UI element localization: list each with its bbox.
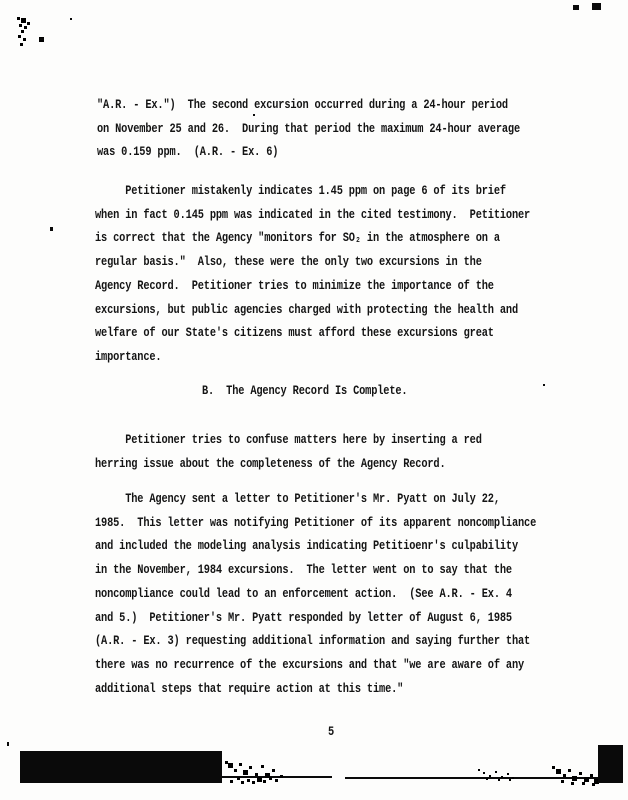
- paragraph-2: Petitioner mistakenly indicates 1.45 ppm…: [95, 179, 530, 369]
- scan-noise-cluster: [552, 766, 555, 769]
- scan-speckle: [253, 114, 255, 116]
- paragraph-4: The Agency sent a letter to Petitioner's…: [95, 487, 536, 700]
- body-line: herring issue about the completeness of …: [95, 452, 482, 476]
- body-line: Petitioner mistakenly indicates 1.45 ppm…: [95, 179, 530, 203]
- page-number: 5: [328, 720, 334, 744]
- scan-speckle: [70, 18, 72, 20]
- bottom-noise-line: [222, 776, 332, 778]
- body-line: "A.R. - Ex.") The second excursion occur…: [97, 93, 520, 117]
- bottom-left-black-bar: [20, 751, 222, 783]
- body-line: excursions, but public agencies charged …: [95, 298, 530, 322]
- body-line: Agency Record. Petitioner tries to minim…: [95, 274, 530, 298]
- body-line: The Agency sent a letter to Petitioner's…: [95, 487, 536, 511]
- body-line: on November 25 and 26. During that perio…: [97, 117, 520, 141]
- scan-noise-cluster: [225, 761, 228, 764]
- body-line: and included the modeling analysis indic…: [95, 534, 536, 558]
- body-line: welfare of our State's citizens must aff…: [95, 321, 530, 345]
- body-line: noncompliance could lead to an enforceme…: [95, 582, 536, 606]
- paragraph-1: "A.R. - Ex.") The second excursion occur…: [97, 93, 520, 164]
- body-line: importance.: [95, 345, 530, 369]
- bottom-noise-line: [345, 777, 600, 779]
- body-line: is correct that the Agency "monitors for…: [95, 226, 530, 250]
- body-line: was 0.159 ppm. (A.R. - Ex. 6): [97, 140, 520, 164]
- body-line: and 5.) Petitioner's Mr. Pyatt responded…: [95, 606, 536, 630]
- body-line: in the November, 1984 excursions. The le…: [95, 558, 536, 582]
- page-number-text: 5: [328, 720, 334, 744]
- body-line: there was no recurrence of the excursion…: [95, 653, 536, 677]
- section-heading-b: B. The Agency Record Is Complete.: [202, 379, 407, 403]
- scan-mark-top-right: [573, 5, 579, 10]
- scan-speckle-cluster-top-left: [17, 17, 20, 20]
- scan-noise-cluster: [478, 769, 480, 771]
- body-line: regular basis." Also, these were the onl…: [95, 250, 530, 274]
- body-line: Petitioner tries to confuse matters here…: [95, 428, 482, 452]
- section-heading: B. The Agency Record Is Complete.: [202, 379, 407, 403]
- scan-speckle: [50, 227, 53, 231]
- scan-speckle: [40, 38, 44, 40]
- body-line: additional steps that require action at …: [95, 677, 536, 701]
- paragraph-3: Petitioner tries to confuse matters here…: [95, 428, 482, 475]
- scan-speckle: [7, 742, 9, 746]
- body-line: when in fact 0.145 ppm was indicated in …: [95, 203, 530, 227]
- scan-speckle: [543, 384, 545, 386]
- body-line: (A.R. - Ex. 3) requesting additional inf…: [95, 629, 536, 653]
- scanned-document-page: "A.R. - Ex.") The second excursion occur…: [0, 0, 628, 800]
- scan-mark-top-right: [592, 3, 601, 10]
- body-line: 1985. This letter was notifying Petition…: [95, 511, 536, 535]
- bottom-right-black-block: [598, 745, 623, 783]
